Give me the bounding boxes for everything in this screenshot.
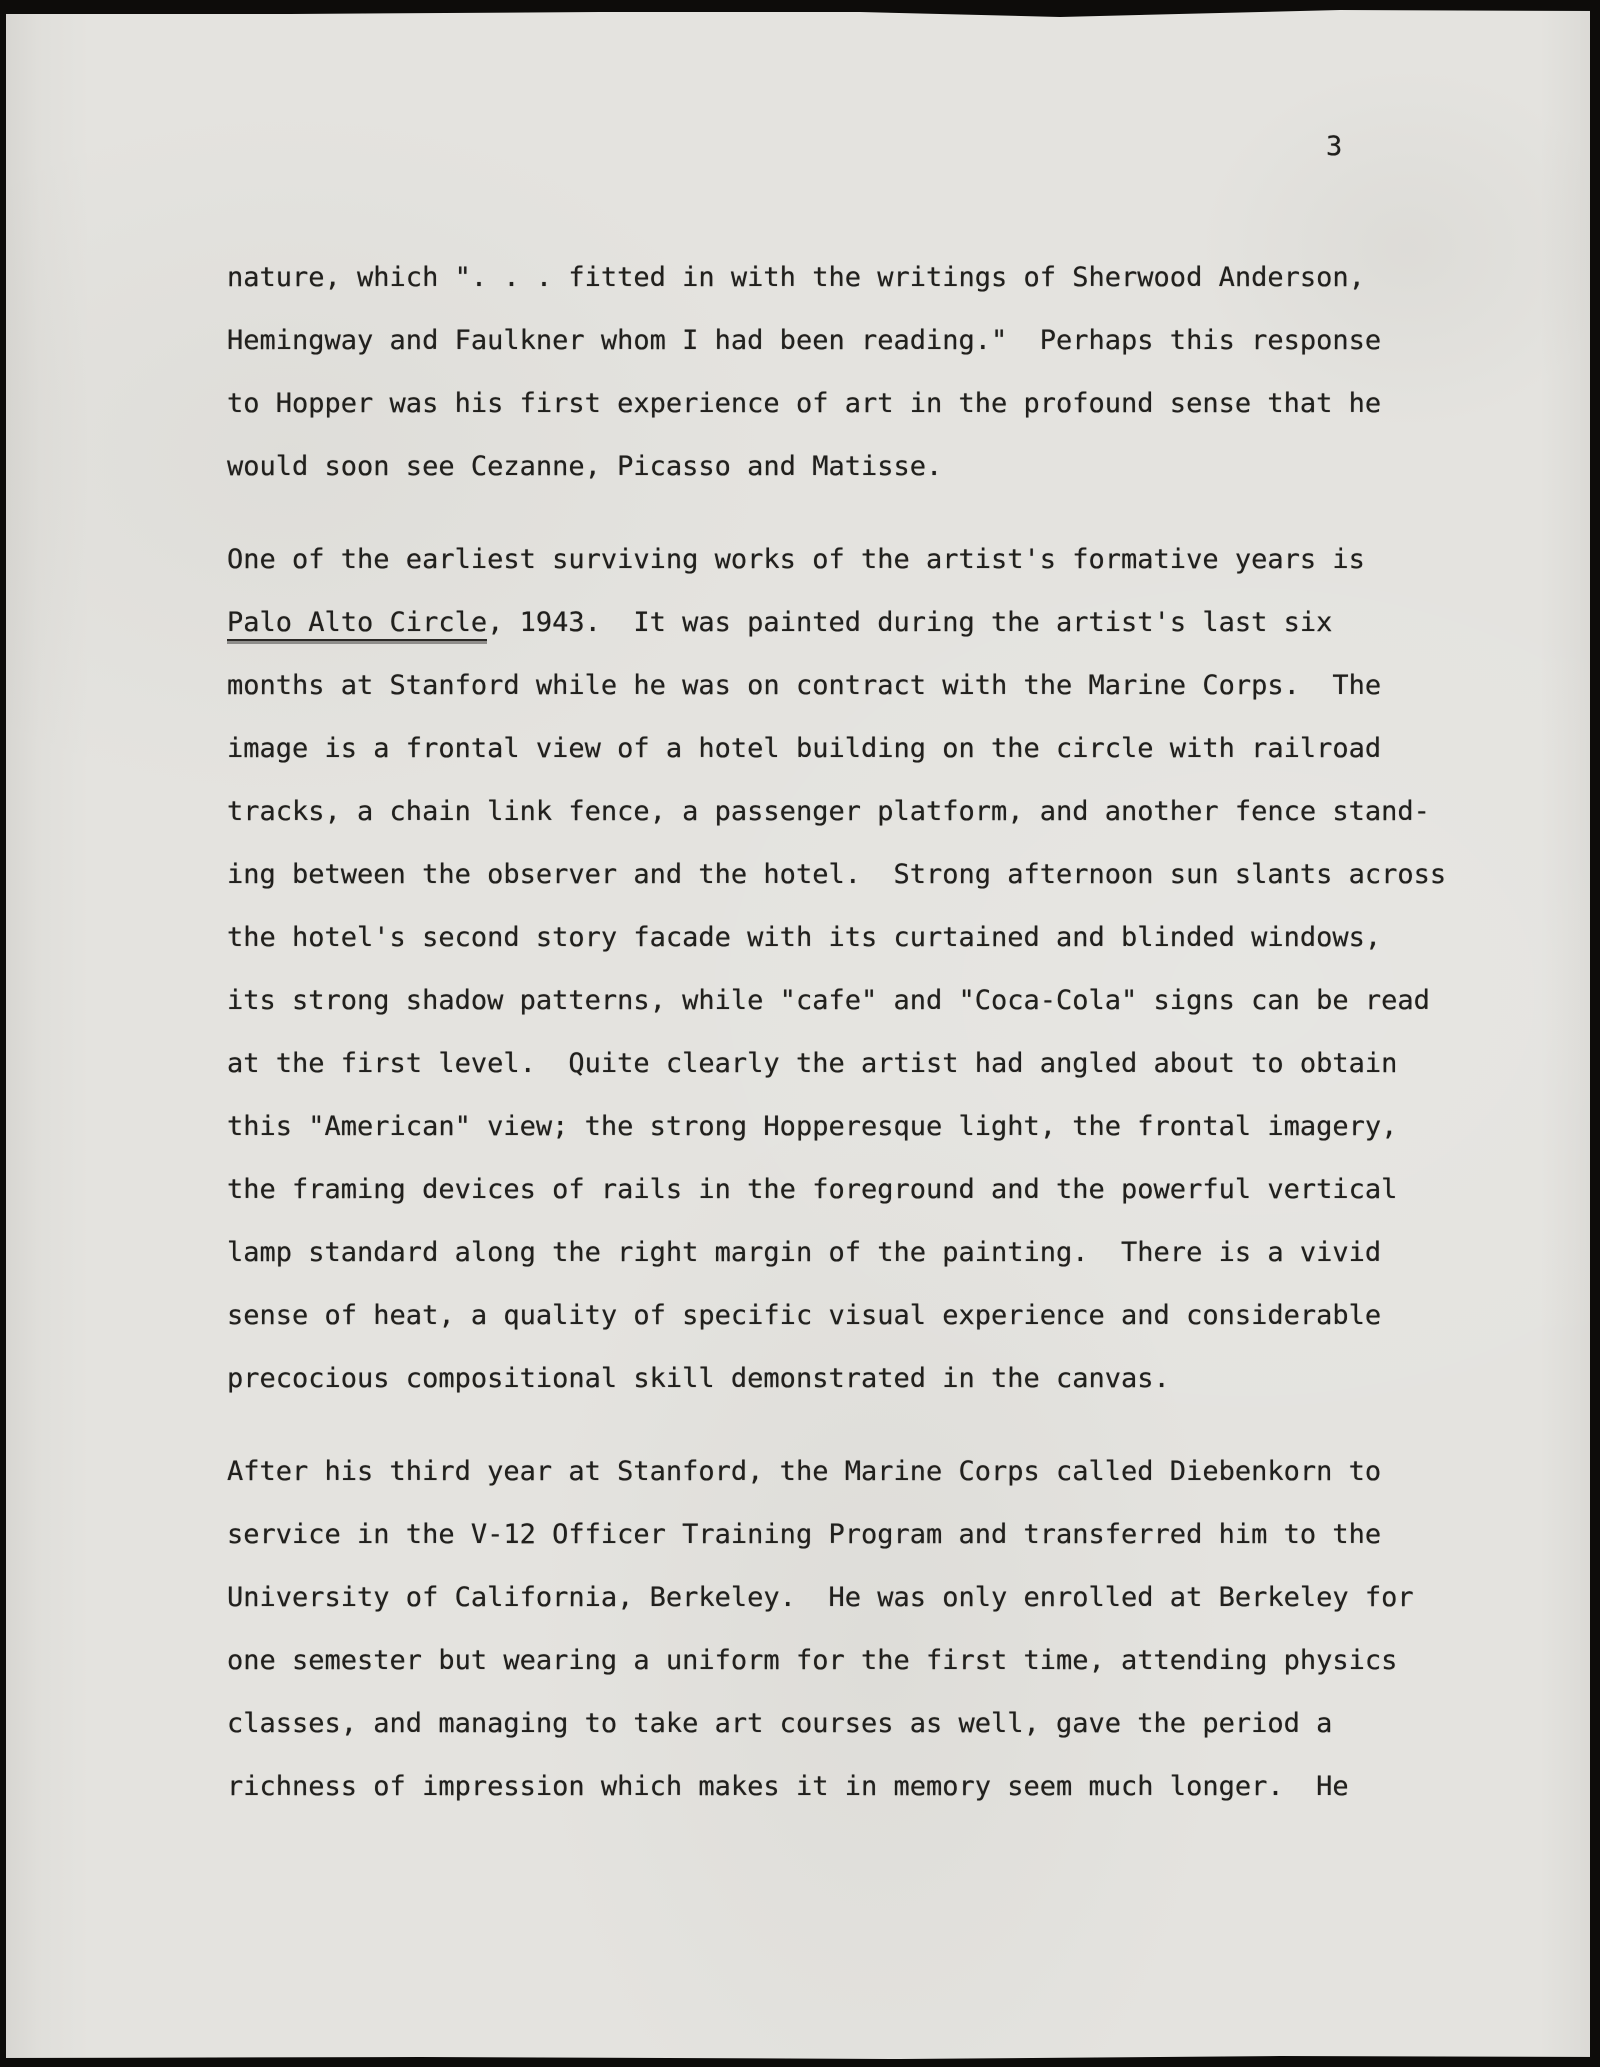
- text-segment: one semester but wearing a uniform for t…: [227, 1645, 1397, 1676]
- text-segment: its strong shadow patterns, while "cafe"…: [227, 985, 1430, 1016]
- paragraph: After his third year at Stanford, the Ma…: [227, 1440, 1487, 1818]
- text-segment: After his third year at Stanford, the Ma…: [227, 1456, 1381, 1487]
- text-line: one semester but wearing a uniform for t…: [227, 1629, 1487, 1692]
- scan-edge-bottom: [0, 2053, 1600, 2067]
- text-segment: precocious compositional skill demonstra…: [227, 1363, 1170, 1394]
- text-line: this "American" view; the strong Hoppere…: [227, 1095, 1487, 1158]
- text-segment: , 1943. It was painted during the artist…: [487, 607, 1332, 638]
- text-line: One of the earliest surviving works of t…: [227, 528, 1487, 591]
- text-line: the framing devices of rails in the fore…: [227, 1158, 1487, 1221]
- underlined-title: Palo Alto Circle: [227, 607, 487, 641]
- text-segment: Hemingway and Faulkner whom I had been r…: [227, 325, 1381, 356]
- text-line: ing between the observer and the hotel. …: [227, 843, 1487, 906]
- text-segment: this "American" view; the strong Hoppere…: [227, 1111, 1397, 1142]
- text-segment: ing between the observer and the hotel. …: [227, 859, 1446, 890]
- text-segment: classes, and managing to take art course…: [227, 1708, 1332, 1739]
- text-line: richness of impression which makes it in…: [227, 1755, 1487, 1818]
- text-line: Hemingway and Faulkner whom I had been r…: [227, 309, 1487, 372]
- text-line: at the first level. Quite clearly the ar…: [227, 1032, 1487, 1095]
- scan-edge-left: [0, 0, 6, 2067]
- scanned-document-page: 3 nature, which ". . . fitted in with th…: [0, 0, 1600, 2067]
- text-line: Palo Alto Circle, 1943. It was painted d…: [227, 591, 1487, 654]
- text-segment: the framing devices of rails in the fore…: [227, 1174, 1397, 1205]
- text-segment: University of California, Berkeley. He w…: [227, 1582, 1414, 1613]
- text-line: would soon see Cezanne, Picasso and Mati…: [227, 435, 1487, 498]
- text-line: sense of heat, a quality of specific vis…: [227, 1284, 1487, 1347]
- text-segment: to Hopper was his first experience of ar…: [227, 388, 1381, 419]
- text-segment: richness of impression which makes it in…: [227, 1771, 1349, 1802]
- text-line: lamp standard along the right margin of …: [227, 1221, 1487, 1284]
- text-segment: the hotel's second story facade with its…: [227, 922, 1381, 953]
- text-line: months at Stanford while he was on contr…: [227, 654, 1487, 717]
- paragraph: nature, which ". . . fitted in with the …: [227, 246, 1487, 498]
- text-block: nature, which ". . . fitted in with the …: [227, 246, 1487, 1848]
- text-line: its strong shadow patterns, while "cafe"…: [227, 969, 1487, 1032]
- text-segment: at the first level. Quite clearly the ar…: [227, 1048, 1397, 1079]
- text-segment: One of the earliest surviving works of t…: [227, 544, 1365, 575]
- text-segment: sense of heat, a quality of specific vis…: [227, 1300, 1381, 1331]
- text-line: to Hopper was his first experience of ar…: [227, 372, 1487, 435]
- text-line: the hotel's second story facade with its…: [227, 906, 1487, 969]
- text-segment: image is a frontal view of a hotel build…: [227, 733, 1381, 764]
- text-segment: nature, which ". . . fitted in with the …: [227, 262, 1365, 293]
- text-segment: tracks, a chain link fence, a passenger …: [227, 796, 1430, 827]
- text-segment: would soon see Cezanne, Picasso and Mati…: [227, 451, 942, 482]
- text-line: service in the V-12 Officer Training Pro…: [227, 1503, 1487, 1566]
- text-line: nature, which ". . . fitted in with the …: [227, 246, 1487, 309]
- page-number: 3: [1326, 131, 1342, 163]
- text-line: After his third year at Stanford, the Ma…: [227, 1440, 1487, 1503]
- text-line: classes, and managing to take art course…: [227, 1692, 1487, 1755]
- text-line: precocious compositional skill demonstra…: [227, 1347, 1487, 1410]
- text-segment: lamp standard along the right margin of …: [227, 1237, 1381, 1268]
- text-segment: months at Stanford while he was on contr…: [227, 670, 1381, 701]
- scan-edge-right: [1590, 0, 1600, 2067]
- text-line: University of California, Berkeley. He w…: [227, 1566, 1487, 1629]
- scan-edge-top: [0, 0, 1600, 20]
- text-line: image is a frontal view of a hotel build…: [227, 717, 1487, 780]
- text-line: tracks, a chain link fence, a passenger …: [227, 780, 1487, 843]
- text-segment: service in the V-12 Officer Training Pro…: [227, 1519, 1381, 1550]
- paragraph: One of the earliest surviving works of t…: [227, 528, 1487, 1410]
